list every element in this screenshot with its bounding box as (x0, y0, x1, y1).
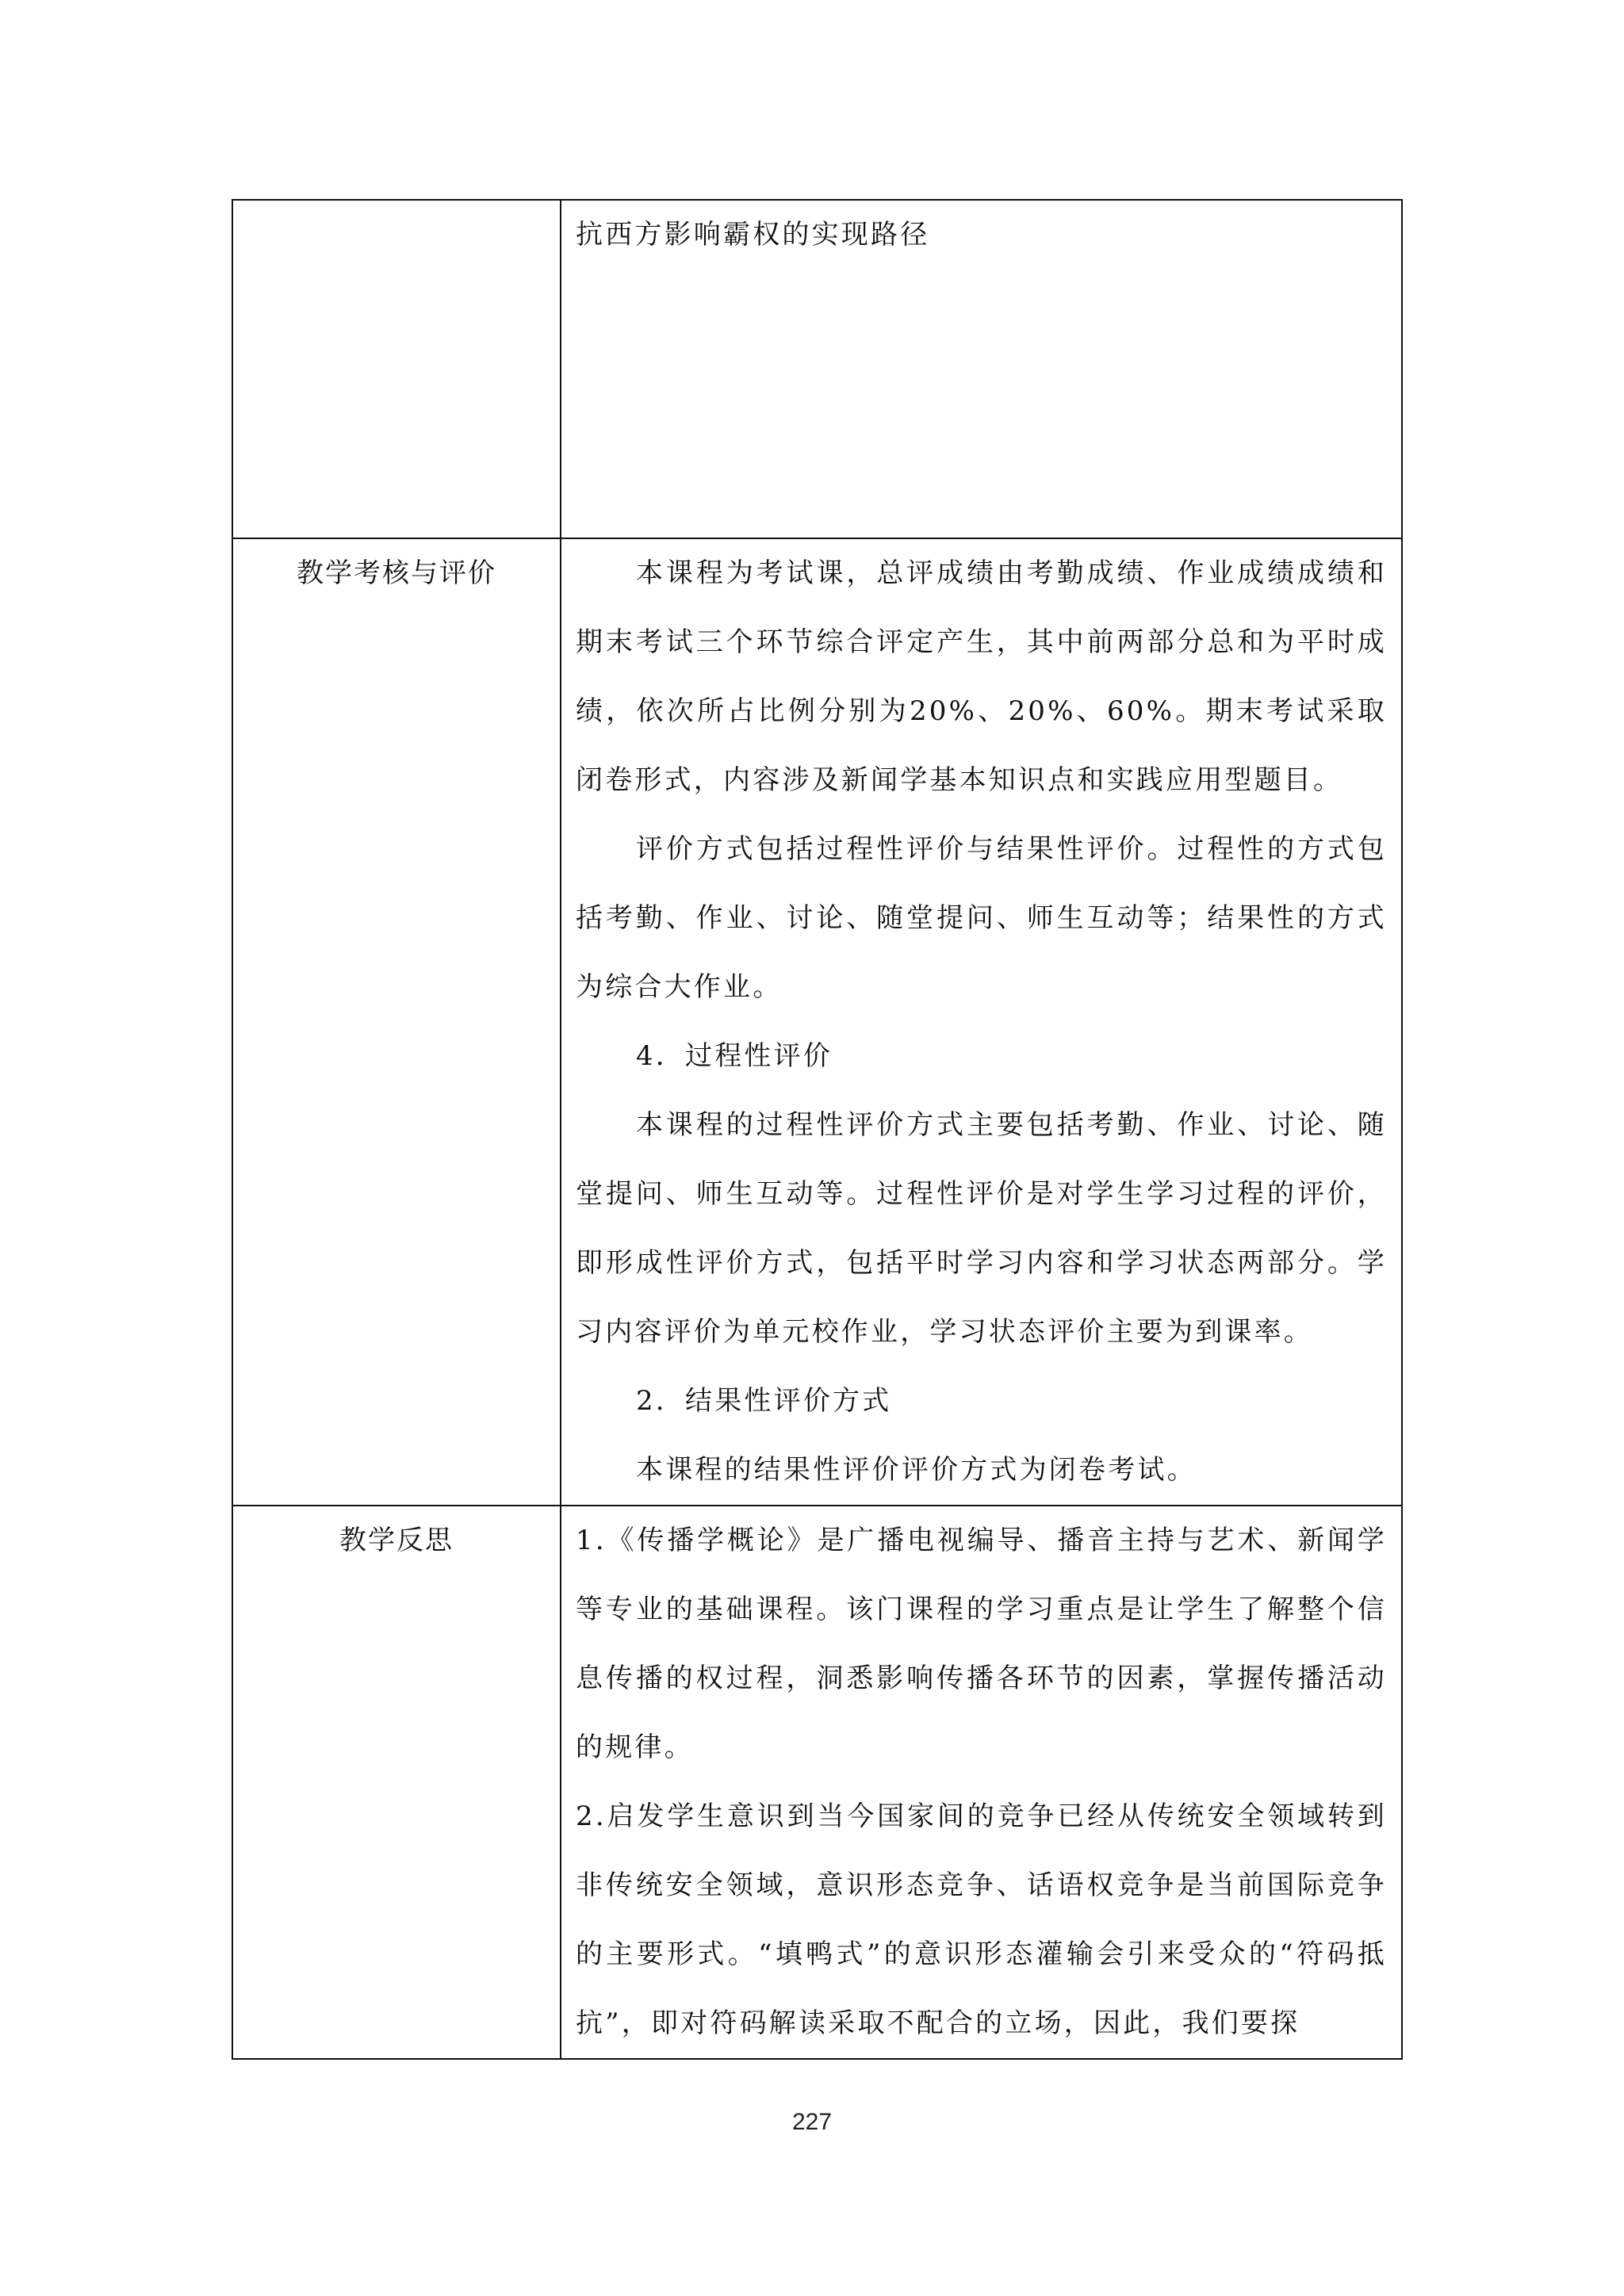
row-content-cell: 1.《传播学概论》是广播电视编导、播音主持与艺术、新闻学等专业的基础课程。该门课… (561, 1506, 1402, 2059)
paragraph: 本课程的过程性评价方式主要包括考勤、作业、讨论、随堂提问、师生互动等。过程性评价… (576, 1091, 1387, 1367)
page-number: 227 (0, 2109, 1624, 2136)
section-heading: 4．过程性评价 (576, 1022, 1387, 1091)
paragraph: 评价方式包括过程性评价与结果性评价。过程性的方式包括考勤、作业、讨论、随堂提问、… (576, 815, 1387, 1022)
paragraph: 本课程为考试课，总评成绩由考勤成绩、作业成绩成绩和期末考试三个环节综合评定产生，… (576, 539, 1387, 815)
row-label-cell (232, 200, 561, 538)
course-table: 抗西方影响霸权的实现路径 教学考核与评价 本课程为考试课，总评成绩由考勤成绩、作… (232, 199, 1403, 2060)
row-label-cell: 教学反思 (232, 1506, 561, 2059)
table-row: 教学反思 1.《传播学概论》是广播电视编导、播音主持与艺术、新闻学等专业的基础课… (232, 1506, 1402, 2059)
paragraph: 1.《传播学概论》是广播电视编导、播音主持与艺术、新闻学等专业的基础课程。该门课… (576, 1506, 1387, 1782)
paragraph: 2.启发学生意识到当今国家间的竞争已经从传统安全领域转到非传统安全领域，意识形态… (576, 1782, 1387, 2058)
paragraph: 本课程的结果性评价评价方式为闭卷考试。 (576, 1436, 1387, 1505)
row-content-cell: 抗西方影响霸权的实现路径 (561, 200, 1402, 538)
row-label-assessment: 教学考核与评价 (233, 539, 560, 608)
row-label-cell: 教学考核与评价 (232, 538, 561, 1506)
document-page: 抗西方影响霸权的实现路径 教学考核与评价 本课程为考试课，总评成绩由考勤成绩、作… (0, 0, 1624, 2296)
section-heading: 2．结果性评价方式 (576, 1367, 1387, 1436)
table-row: 抗西方影响霸权的实现路径 (232, 200, 1402, 538)
row-label-reflection: 教学反思 (233, 1506, 560, 1575)
paragraph: 抗西方影响霸权的实现路径 (576, 201, 1387, 270)
table-row: 教学考核与评价 本课程为考试课，总评成绩由考勤成绩、作业成绩成绩和期末考试三个环… (232, 538, 1402, 1506)
row-content-cell: 本课程为考试课，总评成绩由考勤成绩、作业成绩成绩和期末考试三个环节综合评定产生，… (561, 538, 1402, 1506)
